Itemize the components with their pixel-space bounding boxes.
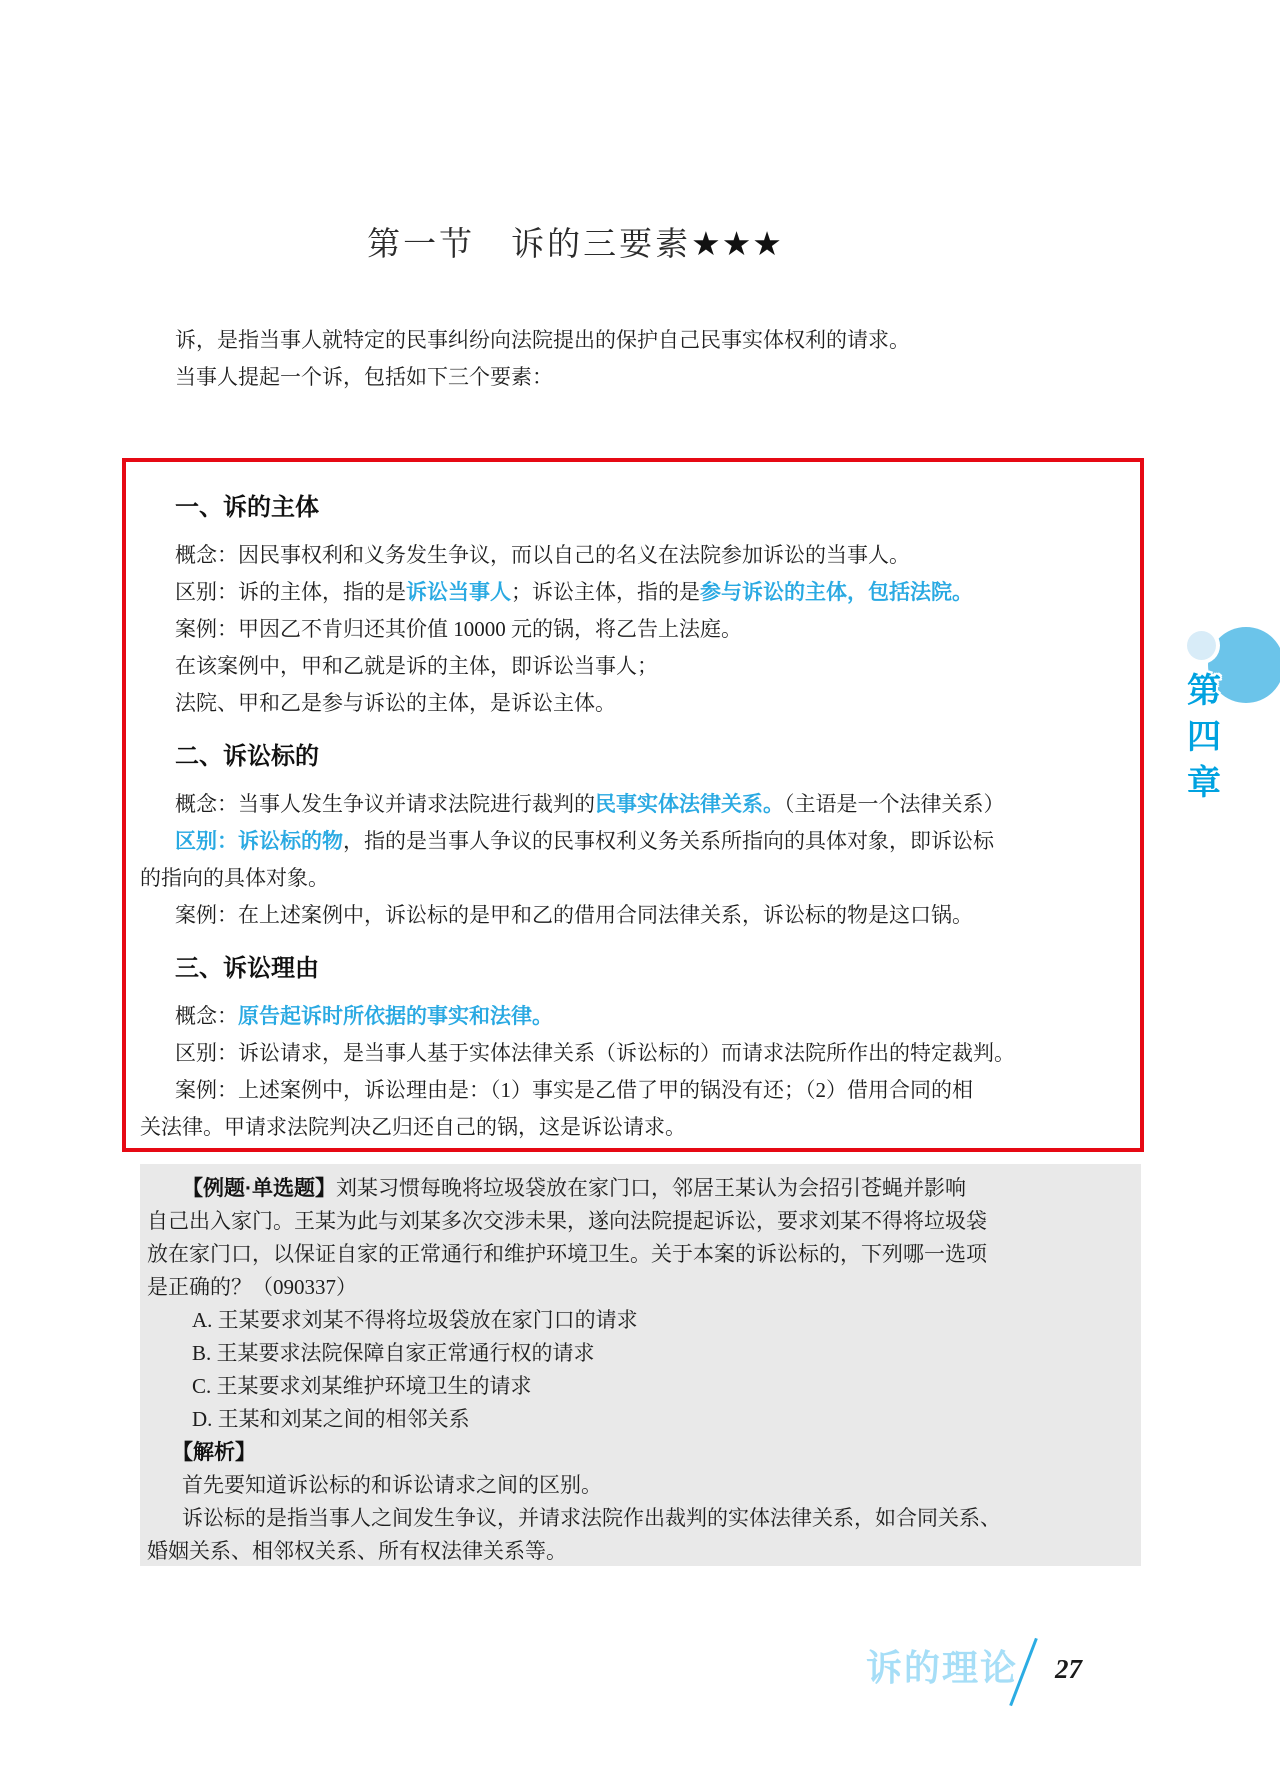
text-segment: D. 王某和刘某之间的相邻关系 [192,1407,470,1431]
text-line: 区别：诉讼请求，是当事人基于实体法律关系（诉讼标的）而请求法院所作出的特定裁判。 [140,1035,1040,1072]
text-line: 当事人提起一个诉，包括如下三个要素： [140,359,1020,396]
text-line: 概念：因民事权利和义务发生争议，而以自己的名义在法院参加诉讼的当事人。 [140,537,1040,574]
text-line: 【例题·单选题】刘某习惯每晚将垃圾袋放在家门口，邻居王某认为会招引苍蝇并影响 [147,1172,1133,1205]
text-segment: 案例：甲因乙不肯归还其价值 10000 元的锅，将乙告上法庭。 [175,617,742,641]
text-line: A. 王某要求刘某不得将垃圾袋放在家门口的请求 [147,1304,1133,1337]
section-title-text: 第一节 诉的三要素 [367,225,691,262]
text-line: B. 王某要求法院保障自家正常通行权的请求 [147,1337,1133,1370]
text-segment: 首先要知道诉讼标的和诉讼请求之间的区别。 [182,1473,602,1497]
text-segment: 概念：因民事权利和义务发生争议，而以自己的名义在法院参加诉讼的当事人。 [175,543,910,567]
text-segment: 的指向的具体对象。 [140,866,329,890]
text-segment: 案例：在上述案例中，诉讼标的是甲和乙的借用合同法律关系，诉讼标的物是这口锅。 [175,903,973,927]
text-segment: 放在家门口，以保证自家的正常通行和维护环境卫生。关于本案的诉讼标的，下列哪一选项 [147,1242,987,1266]
text-line: 放在家门口，以保证自家的正常通行和维护环境卫生。关于本案的诉讼标的，下列哪一选项 [147,1238,1133,1271]
section-title: 第一节 诉的三要素★★★ [140,224,1010,264]
chapter-tab-small-circle-icon [1187,631,1216,660]
text-segment: A. 王某要求刘某不得将垃圾袋放在家门口的请求 [192,1308,638,1332]
text-line: 婚姻关系、相邻权关系、所有权法律关系等。 [147,1535,1133,1568]
text-segment: 诉讼标的是指当事人之间发生争议，并请求法院作出裁判的实体法律关系，如合同关系、 [182,1506,1001,1530]
text-line: 区别：诉的主体，指的是诉讼当事人；诉讼主体，指的是参与诉讼的主体，包括法院。 [140,574,1040,611]
text-line: 法院、甲和乙是参与诉讼的主体，是诉讼主体。 [140,685,1040,722]
subsection-3-body: 概念：原告起诉时所依据的事实和法律。区别：诉讼请求，是当事人基于实体法律关系（诉… [140,998,1040,1146]
chapter-tab-char: 第 [1182,668,1226,714]
text-segment: 在该案例中，甲和乙就是诉的主体，即诉讼当事人； [175,654,658,678]
text-line: 关法律。甲请求法院判决乙归还自己的锅，这是诉讼请求。 [140,1109,1040,1146]
text-segment: 案例：上述案例中，诉讼理由是：（1）事实是乙借了甲的锅没有还；（2）借用合同的相 [175,1078,973,1102]
text-line: 概念：当事人发生争议并请求法院进行裁判的民事实体法律关系。（主语是一个法律关系） [140,786,1040,823]
text-segment: 区别：诉讼请求，是当事人基于实体法律关系（诉讼标的）而请求法院所作出的特定裁判。 [175,1041,1015,1065]
text-line: 自己出入家门。王某为此与刘某多次交涉未果，遂向法院提起诉讼，要求刘某不得将垃圾袋 [147,1205,1133,1238]
text-segment: 刘某习惯每晚将垃圾袋放在家门口，邻居王某认为会招引苍蝇并影响 [336,1176,966,1200]
text-segment: ，指的是当事人争议的民事权利义务关系所指向的具体对象，即诉讼标 [343,829,994,853]
text-segment: C. 王某要求刘某维护环境卫生的请求 [192,1374,532,1398]
text-segment: 婚姻关系、相邻权关系、所有权法律关系等。 [147,1539,567,1563]
text-line: 是正确的？（090337） [147,1271,1133,1304]
text-segment: 概念：当事人发生争议并请求法院进行裁判的 [175,792,595,816]
intro-paragraphs: 诉，是指当事人就特定的民事纠纷向法院提出的保护自己民事实体权利的请求。当事人提起… [140,322,1020,396]
text-segment: （主语是一个法律关系） [784,792,1005,816]
text-segment: 当事人提起一个诉，包括如下三个要素： [175,365,553,389]
text-segment: 区别：诉的主体，指的是 [175,580,406,604]
text-segment: 自己出入家门。王某为此与刘某多次交涉未果，遂向法院提起诉讼，要求刘某不得将垃圾袋 [147,1209,987,1233]
example-box: 【例题·单选题】刘某习惯每晚将垃圾袋放在家门口，邻居王某认为会招引苍蝇并影响自己… [140,1164,1141,1566]
text-line: 在该案例中，甲和乙就是诉的主体，即诉讼当事人； [140,648,1040,685]
text-segment: 关法律。甲请求法院判决乙归还自己的锅，这是诉讼请求。 [140,1115,686,1139]
subsection-1-body: 概念：因民事权利和义务发生争议，而以自己的名义在法院参加诉讼的当事人。区别：诉的… [140,537,1040,722]
text-line: 诉讼标的是指当事人之间发生争议，并请求法院作出裁判的实体法律关系，如合同关系、 [147,1502,1133,1535]
star-rating-icons: ★★★ [691,225,783,262]
chapter-tab-char: 四 [1182,714,1226,760]
text-segment: 是正确的？（090337） [147,1275,357,1299]
text-line: 的指向的具体对象。 [140,860,1040,897]
text-line: 案例：在上述案例中，诉讼标的是甲和乙的借用合同法律关系，诉讼标的物是这口锅。 [140,897,1040,934]
key-points-box: 一、诉的主体 概念：因民事权利和义务发生争议，而以自己的名义在法院参加诉讼的当事… [122,458,1144,1152]
text-segment: 概念： [175,1004,238,1028]
subsection-2-body: 概念：当事人发生争议并请求法院进行裁判的民事实体法律关系。（主语是一个法律关系）… [140,786,1040,934]
text-segment: 诉，是指当事人就特定的民事纠纷向法院提出的保护自己民事实体权利的请求。 [175,328,910,352]
book-page: 第一节 诉的三要素★★★ 诉，是指当事人就特定的民事纠纷向法院提出的保护自己民事… [0,0,1280,1783]
chapter-tab-char: 章 [1182,760,1226,806]
chapter-tab: 第 四 章 [1182,668,1226,806]
text-line: C. 王某要求刘某维护环境卫生的请求 [147,1370,1133,1403]
highlight-text: 诉讼当事人 [406,581,511,604]
subsection-heading-2: 二、诉讼标的 [175,743,1040,771]
text-line: D. 王某和刘某之间的相邻关系 [147,1403,1133,1436]
text-line: 概念：原告起诉时所依据的事实和法律。 [140,998,1040,1035]
subsection-heading-3: 三、诉讼理由 [175,955,1040,983]
text-segment: 法院、甲和乙是参与诉讼的主体，是诉讼主体。 [175,691,616,715]
text-line: 【解析】 [147,1436,1133,1469]
text-line: 案例：甲因乙不肯归还其价值 10000 元的锅，将乙告上法庭。 [140,611,1040,648]
text-line: 案例：上述案例中，诉讼理由是：（1）事实是乙借了甲的锅没有还；（2）借用合同的相 [140,1072,1040,1109]
text-line: 区别：诉讼标的物，指的是当事人争议的民事权利义务关系所指向的具体对象，即诉讼标 [140,823,1040,860]
text-segment: ；诉讼主体，指的是 [511,580,700,604]
text-segment: 【例题·单选题】 [182,1177,336,1200]
highlight-text: 原告起诉时所依据的事实和法律。 [238,1005,553,1028]
text-line: 诉，是指当事人就特定的民事纠纷向法院提出的保护自己民事实体权利的请求。 [140,322,1020,359]
highlight-text: 区别：诉讼标的物 [175,830,343,853]
subsection-heading-1: 一、诉的主体 [175,494,1040,522]
text-segment: 【解析】 [172,1441,256,1464]
page-number: 27 [1055,1654,1082,1685]
text-segment: B. 王某要求法院保障自家正常通行权的请求 [192,1341,595,1365]
highlight-text: 参与诉讼的主体，包括法院。 [700,581,973,604]
text-line: 首先要知道诉讼标的和诉讼请求之间的区别。 [147,1469,1133,1502]
highlight-text: 民事实体法律关系。 [595,793,784,816]
footer-section-name: 诉的理论 [866,1648,1018,1688]
